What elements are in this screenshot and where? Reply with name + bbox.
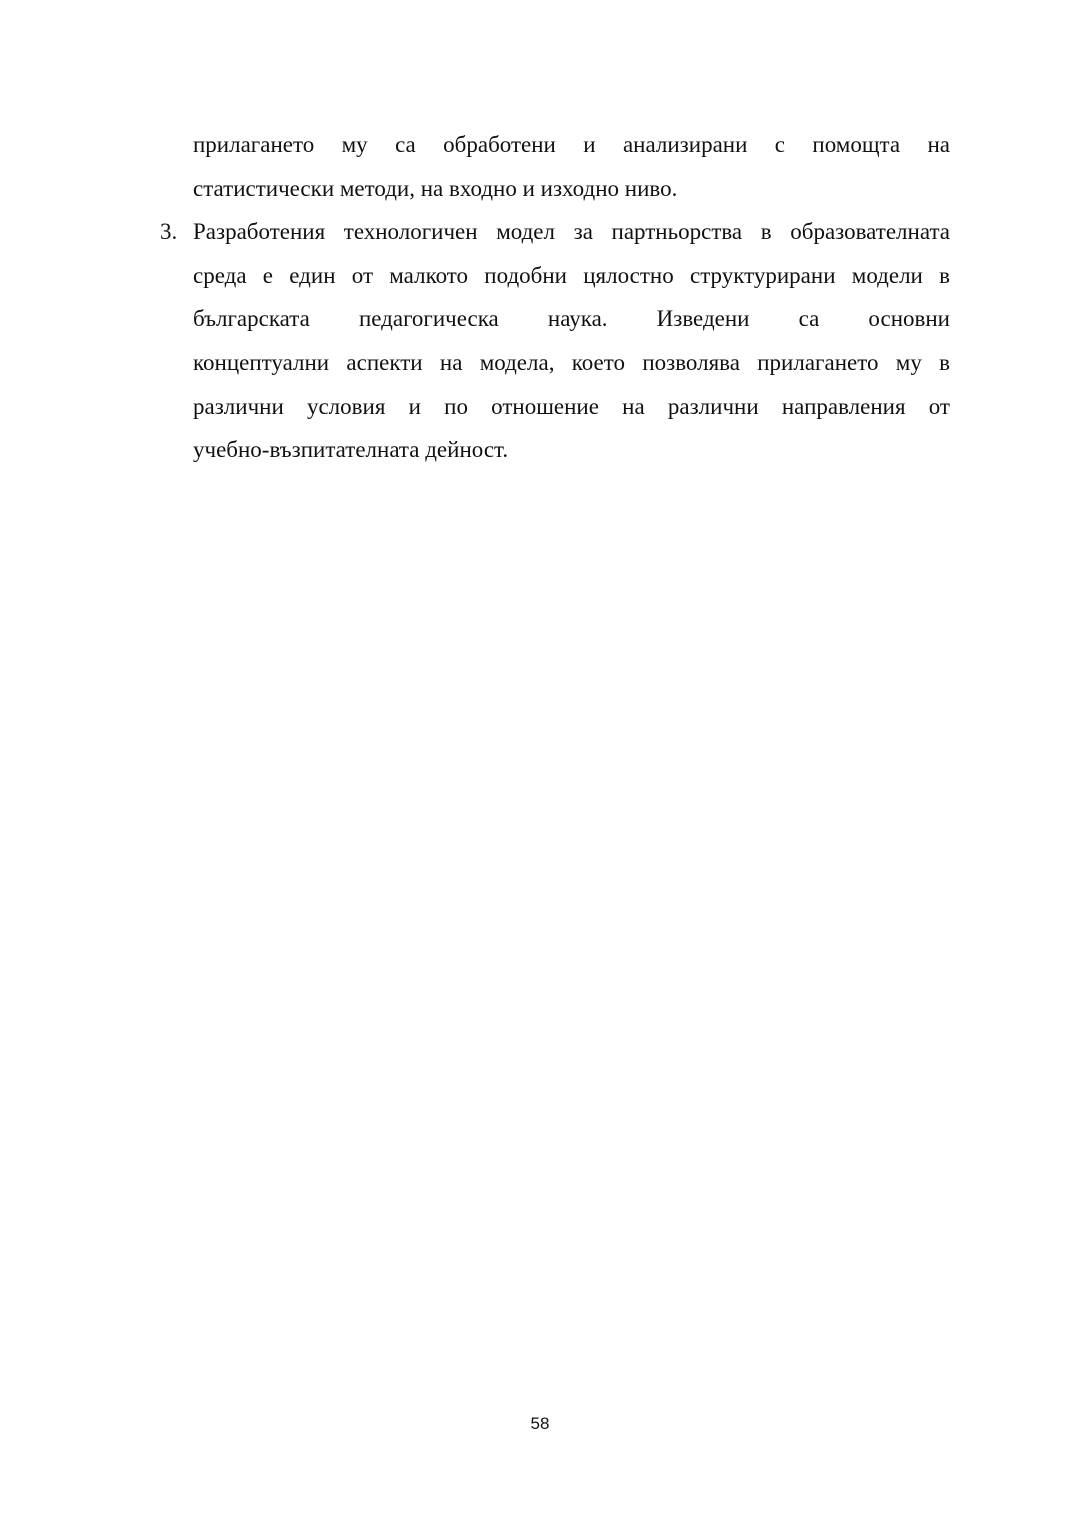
continuation-paragraph: прилагането му са обработени и анализира… [193, 123, 950, 210]
text-line: статистически методи, на входно и изходн… [193, 167, 950, 211]
list-item-body: Разработения технологичен модел за партн… [193, 210, 950, 472]
list-item-number: 3. [160, 210, 193, 254]
page-number: 58 [0, 1414, 1080, 1434]
text-line: прилагането му са обработени и анализира… [193, 123, 950, 167]
text-line: среда е един от малкото подобни цялостно… [193, 254, 950, 298]
text-line: Разработения технологичен модел за партн… [193, 210, 950, 254]
document-page: прилагането му са обработени и анализира… [0, 0, 1080, 1527]
text-line: учебно-възпитателната дейност. [193, 428, 950, 472]
text-line: концептуални аспекти на модела, което по… [193, 341, 950, 385]
text-line: различни условия и по отношение на разли… [193, 385, 950, 429]
text-line: българската педагогическа наука. Изведен… [193, 297, 950, 341]
